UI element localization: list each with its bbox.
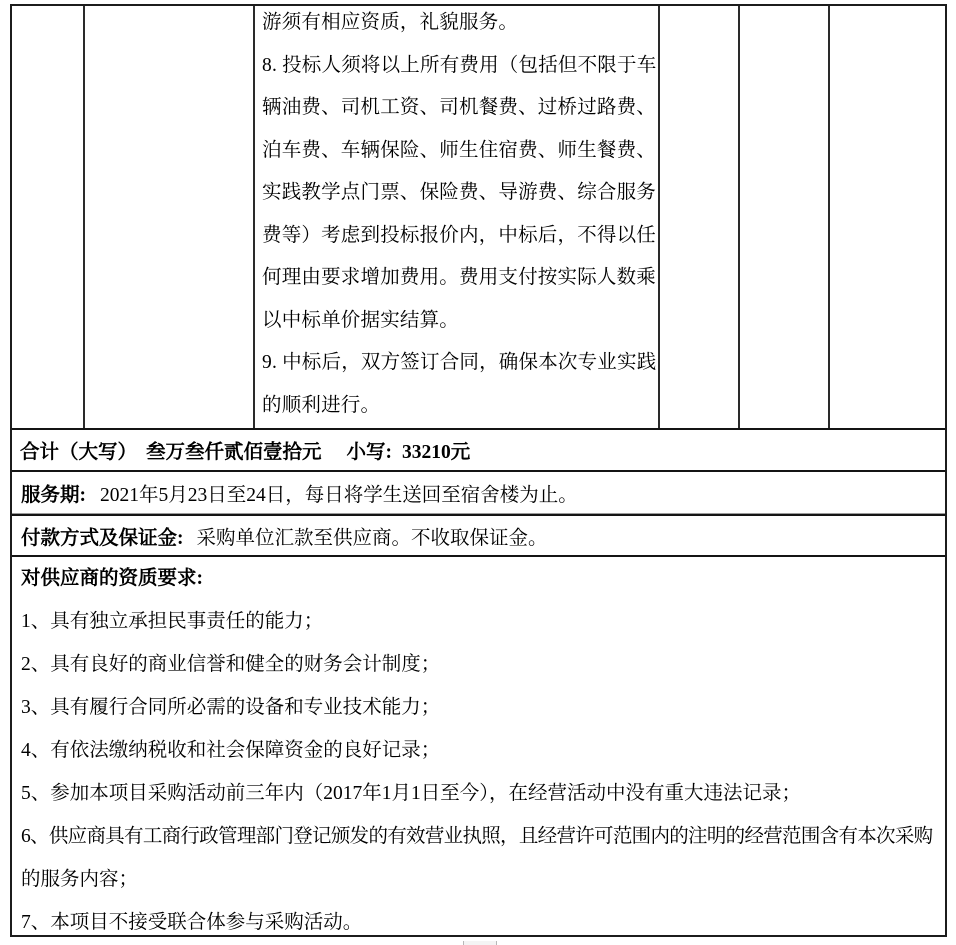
- document-page: 游须有相应资质，礼貌服务。 8. 投标人须将以上所有费用（包括但不限于车 辆油费…: [0, 0, 956, 945]
- qualification-item: 4、有依法缴纳税收和社会保障资金的良好记录；: [21, 729, 945, 772]
- qualification-item: 5、参加本项目采购活动前三年内（2017年1月1日至今），在经营活动中没有重大违…: [21, 772, 945, 815]
- next-page-cell-fragment: [463, 941, 497, 945]
- qualification-item-continuation: 的服务内容；: [21, 858, 945, 901]
- payment-row: 付款方式及保证金: 采购单位汇款至供应商。不收取保证金。: [12, 514, 945, 555]
- qualification-item: 3、具有履行合同所必需的设备和专业技术能力；: [21, 686, 945, 729]
- spec-line: 何理由要求增加费用。费用支付按实际人数乘: [262, 257, 658, 300]
- spec-col-total-price: [830, 6, 945, 428]
- spec-col-item: [85, 6, 255, 428]
- spec-line: 实践教学点门票、保险费、导游费、综合服务: [262, 172, 658, 215]
- qualification-item: 6、供应商具有工商行政管理部门登记颁发的有效营业执照，且经营许可范围内的注明的经…: [21, 815, 945, 858]
- qualification-item: 2、具有良好的商业信誉和健全的财务会计制度；: [21, 643, 945, 686]
- service-period-text: 2021年5月23日至24日，每日将学生送回至宿舍楼为止。: [100, 479, 578, 507]
- qualification-item: 7、本项目不接受联合体参与采购活动。: [21, 901, 945, 935]
- total-small-label: 小写:: [347, 436, 393, 464]
- spec-col-qty: [660, 6, 740, 428]
- payment-label: 付款方式及保证金:: [21, 522, 184, 550]
- total-amount-capital: 叁万叁仟贰佰壹拾元: [146, 436, 322, 464]
- qualification-heading: 对供应商的资质要求:: [21, 557, 945, 600]
- qualification-item: 1、具有独立承担民事责任的能力；: [21, 600, 945, 643]
- total-row: 合计（大写） 叁万叁仟贰佰壹拾元 小写: 33210元: [12, 428, 945, 470]
- spec-line: 费等）考虑到投标报价内，中标后，不得以任: [262, 215, 658, 258]
- spec-line: 8. 投标人须将以上所有费用（包括但不限于车: [262, 45, 658, 88]
- payment-text: 采购单位汇款至供应商。不收取保证金。: [197, 522, 548, 550]
- total-label: 合计（大写）: [20, 436, 137, 464]
- service-period-row: 服务期: 2021年5月23日至24日，每日将学生送回至宿舍楼为止。: [12, 470, 945, 514]
- spec-text-block: 游须有相应资质，礼貌服务。 8. 投标人须将以上所有费用（包括但不限于车 辆油费…: [262, 6, 658, 427]
- spec-requirements-cell: 游须有相应资质，礼貌服务。 8. 投标人须将以上所有费用（包括但不限于车 辆油费…: [255, 6, 660, 428]
- qualification-row: 对供应商的资质要求: 1、具有独立承担民事责任的能力； 2、具有良好的商业信誉和…: [12, 555, 945, 935]
- procurement-table: 游须有相应资质，礼貌服务。 8. 投标人须将以上所有费用（包括但不限于车 辆油费…: [10, 4, 947, 937]
- total-amount-numeric: 33210元: [402, 436, 470, 464]
- spec-line: 的顺利进行。: [262, 385, 658, 428]
- spec-line: 以中标单价据实结算。: [262, 300, 658, 343]
- spec-line: 辆油费、司机工资、司机餐费、过桥过路费、: [262, 87, 658, 130]
- spec-line: 泊车费、车辆保险、师生住宿费、师生餐费、: [262, 130, 658, 173]
- service-period-label: 服务期:: [21, 479, 86, 507]
- spec-continuation-row: 游须有相应资质，礼貌服务。 8. 投标人须将以上所有费用（包括但不限于车 辆油费…: [12, 6, 945, 428]
- spec-line: 9. 中标后，双方签订合同，确保本次专业实践: [262, 342, 658, 385]
- spec-line: 游须有相应资质，礼貌服务。: [262, 6, 658, 45]
- spec-col-index: [12, 6, 85, 428]
- spec-col-unit-price: [740, 6, 830, 428]
